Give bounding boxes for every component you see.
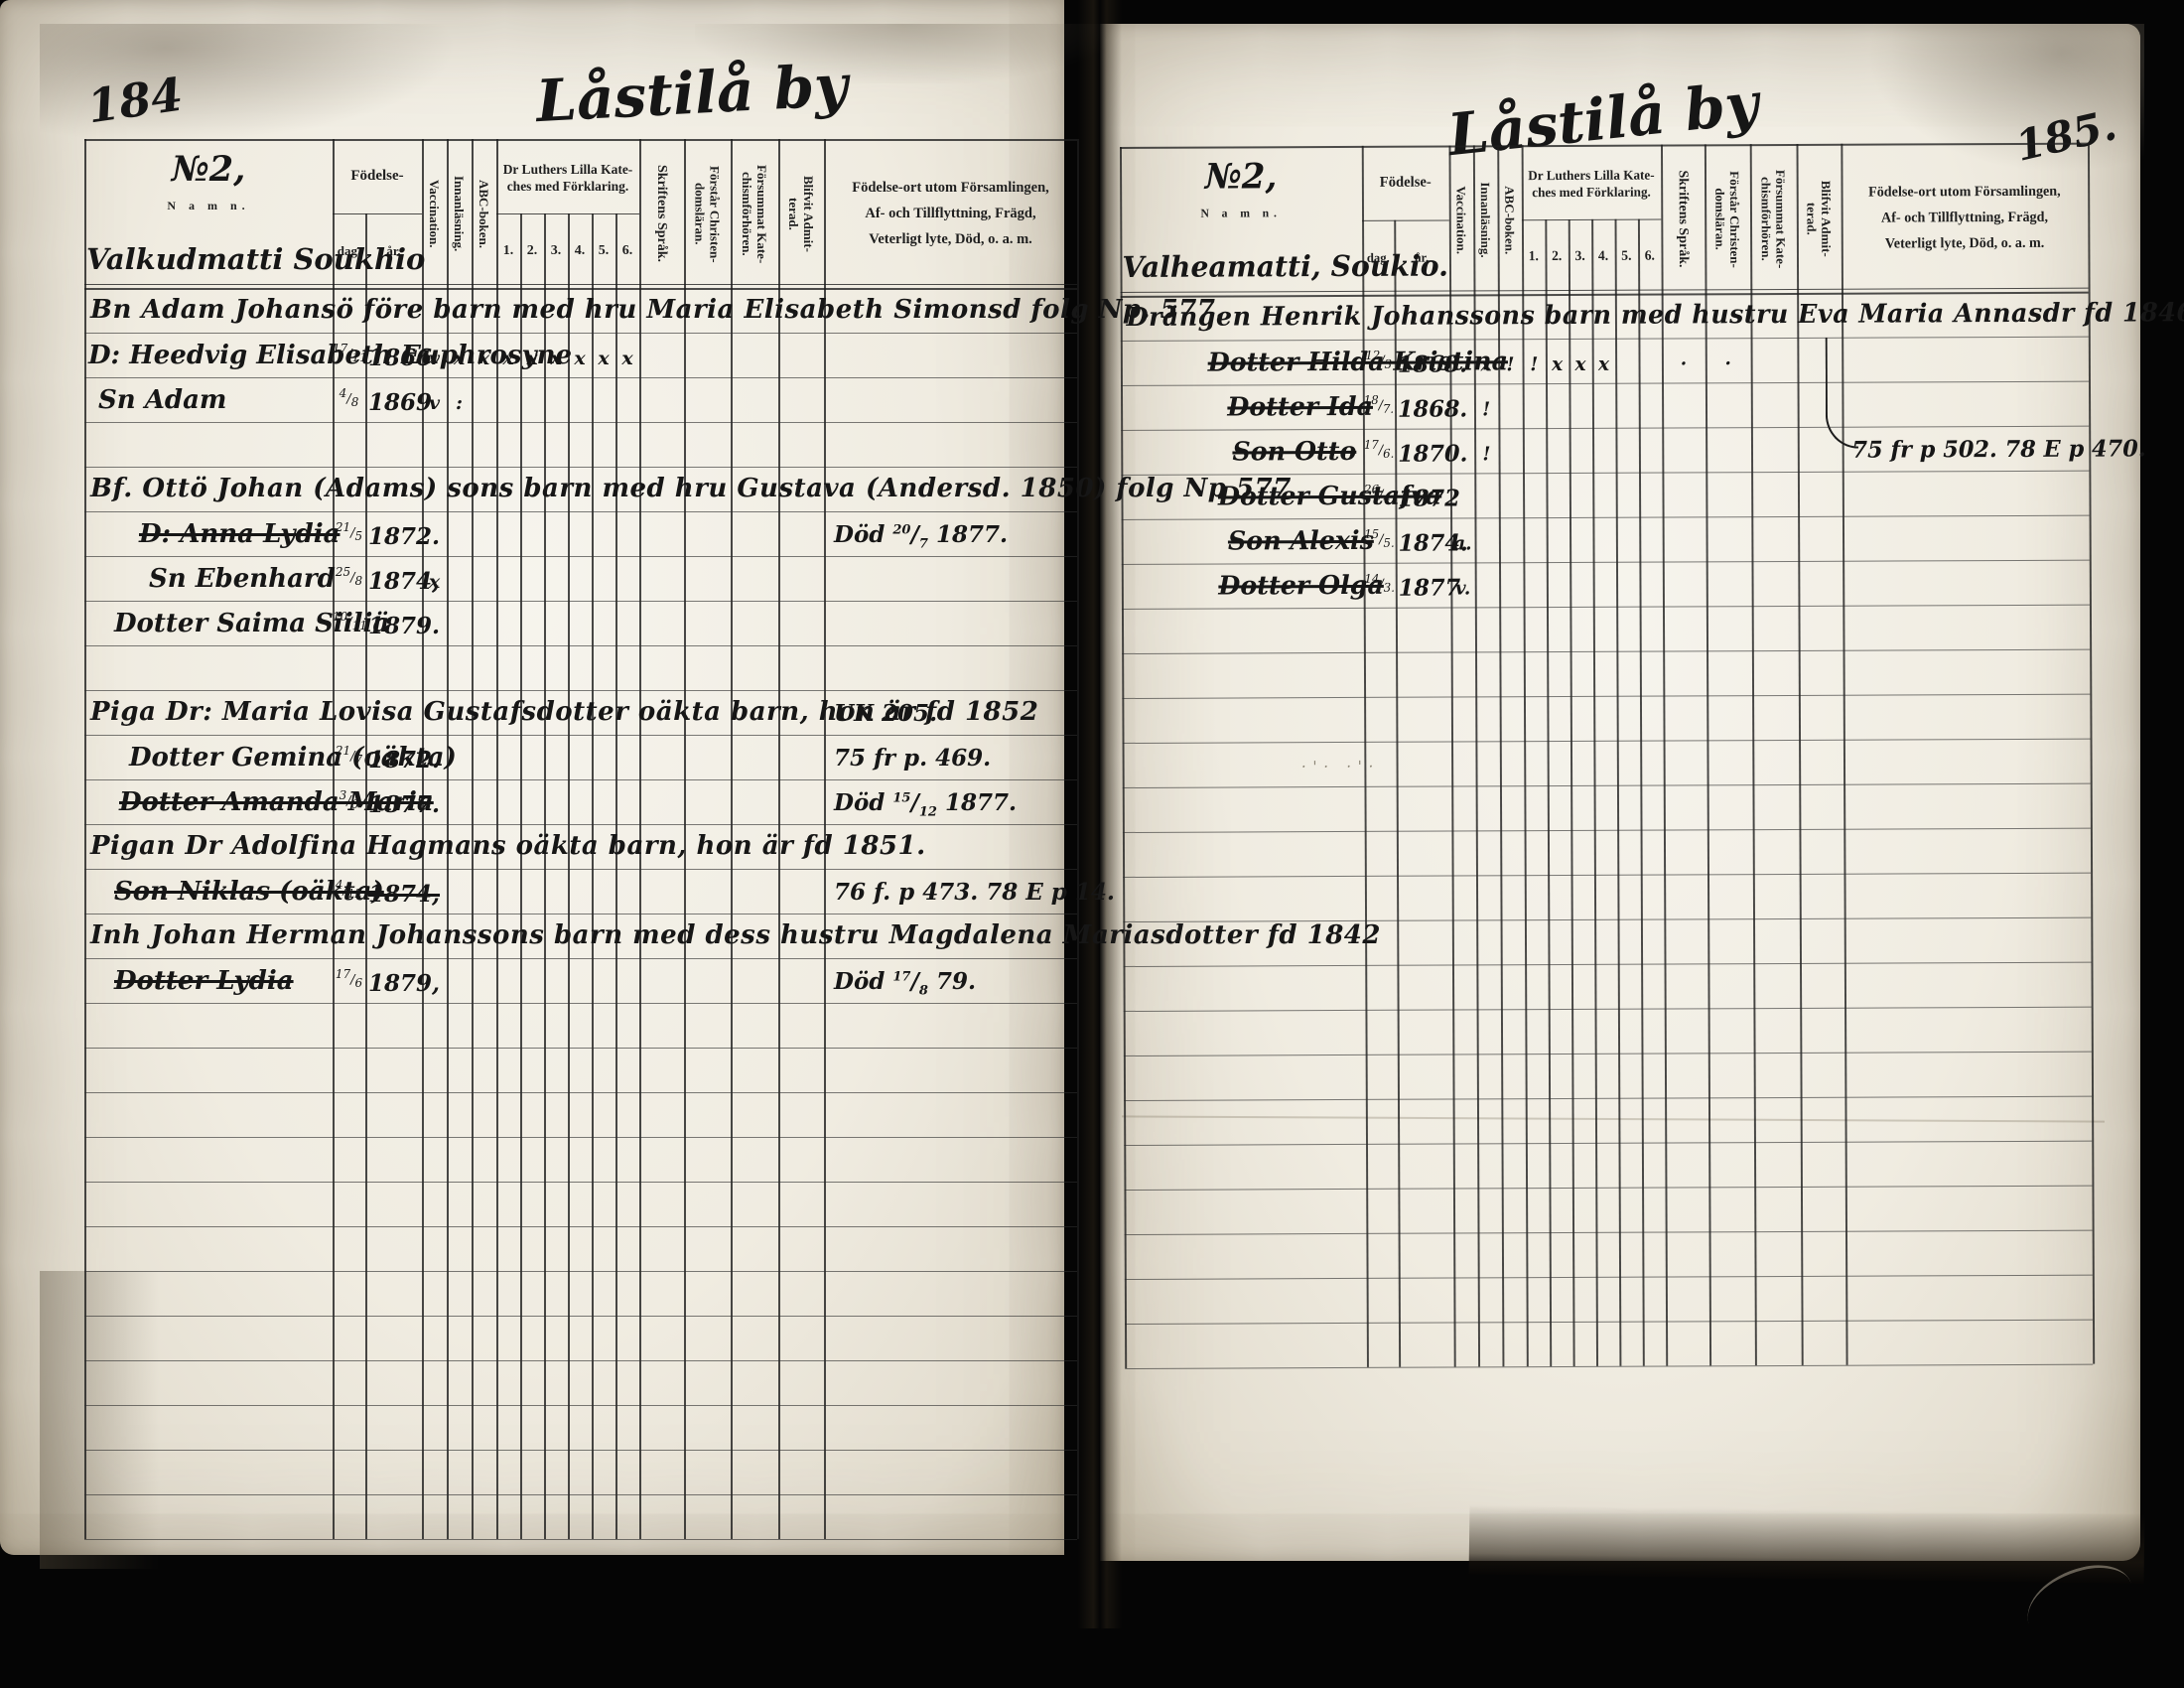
row-line: [84, 511, 1077, 512]
birth-day: 25/8: [333, 565, 365, 588]
row-line: [84, 645, 1077, 646]
table-line: [84, 139, 1077, 141]
row-line: [84, 1271, 1077, 1272]
catechism-column-header: Dr Luthers Lilla Kate- ches med Förklari…: [1522, 153, 1662, 215]
row-line: [84, 824, 1077, 825]
row-line: [84, 690, 1077, 691]
column-line: [520, 213, 522, 1539]
abc-book-column-header: ABC-boken.: [1497, 148, 1522, 292]
birth-year: 1874,: [368, 881, 440, 908]
person-name: Dotter Ida: [1227, 392, 1373, 423]
table-line: [84, 288, 1077, 290]
household-number-label: №2,: [1120, 156, 1362, 198]
birth-year: 1872.: [368, 523, 440, 550]
column-line: [544, 213, 546, 1539]
family-entry: Drängen Henrik Johanssons barn med hustr…: [1127, 298, 2184, 333]
margin-note: 75 fr p. 469.: [834, 745, 991, 772]
birth-year: 1868.: [1398, 395, 1467, 422]
catechism-column-header: Dr Luthers Lilla Kate- ches med Förklari…: [496, 147, 639, 209]
row-line: [84, 869, 1077, 870]
row-line: [1124, 1007, 2092, 1013]
record-mark: x: [447, 348, 472, 369]
catechism-subcolumn-5: 5.: [592, 213, 615, 288]
birth-day: 17/11: [333, 342, 365, 364]
record-mark: !: [1474, 443, 1498, 465]
birth-day: 26/4.: [1363, 483, 1395, 505]
family-entry: Bf. Ottö Johan (Adams) sons barn med hru…: [90, 474, 1292, 503]
row-line: [84, 556, 1077, 557]
row-line: [84, 467, 1077, 468]
row-line: [1123, 783, 2091, 789]
row-line: [84, 1182, 1077, 1183]
record-mark: v.: [1450, 577, 1474, 599]
right-page-table: №2, N a m n. Valheamatti, Soukio. Födels…: [1120, 143, 2093, 1368]
birth-day: 21/7: [333, 744, 365, 767]
birth-year: 1870.: [1398, 440, 1467, 467]
person-name: Son Alexis: [1228, 526, 1374, 557]
catechism-subcolumn-1: 1.: [1522, 219, 1546, 294]
column-line: [1638, 219, 1644, 1366]
person-name: Son Otto: [1232, 437, 1356, 468]
row-line: [84, 1003, 1077, 1004]
row-line: [1123, 873, 2091, 879]
person-name: Dotter Lydia: [114, 966, 294, 996]
record-mark: :: [447, 392, 472, 414]
person-name: Dotter Olga: [1218, 571, 1384, 602]
row-line: [1124, 1141, 2092, 1147]
column-line: [1394, 220, 1400, 1367]
row-line: [1123, 739, 2091, 745]
column-line: [84, 139, 86, 1539]
name-label: N a m n.: [84, 199, 333, 213]
row-line: [1124, 1052, 2092, 1057]
row-line: [84, 1137, 1077, 1138]
birth-day: 10/11: [333, 610, 365, 633]
row-line: [84, 779, 1077, 780]
row-line: [84, 1092, 1077, 1093]
row-line: [1124, 1186, 2092, 1192]
understands-doctrine-column-header: Förstår Christen- domsläran.: [1705, 147, 1750, 291]
row-line: [84, 1450, 1077, 1451]
row-line: [84, 1405, 1077, 1406]
birth-day: 18/7.: [1363, 393, 1395, 416]
row-line: [84, 333, 1077, 334]
catechism-subcolumn-2: 2.: [520, 213, 544, 288]
record-mark: x: [1569, 353, 1591, 375]
name-column-header: №2, N a m n. Valkudmatti Soukhio: [84, 139, 333, 288]
stray-pencil-marks: ·'· ·'·: [1301, 758, 1380, 775]
catechism-subcolumn-3: 3.: [544, 213, 568, 288]
record-mark: x: [1474, 353, 1498, 375]
margin-note: UK 205.: [834, 700, 937, 727]
birth-year: 1872.: [368, 747, 440, 774]
record-mark: x: [520, 348, 544, 369]
row-line: [84, 1316, 1077, 1317]
birth-column-header: Födelse-: [1362, 146, 1449, 220]
birth-day: 12/3: [1363, 349, 1395, 371]
margin-note: Död 15/12 1877.: [834, 789, 1017, 820]
row-line: [84, 735, 1077, 736]
table-line: [84, 284, 1077, 285]
record-mark: x: [1592, 353, 1615, 375]
farm-name: Valheamatti, Soukio.: [1122, 249, 1448, 284]
record-mark: v: [422, 348, 447, 369]
birth-year: 1872: [1398, 485, 1460, 511]
margin-note: Död 17/8 79.: [834, 968, 976, 999]
row-line: [1122, 515, 2090, 521]
margin-note: 76 f. p 473. 78 E p 14.: [834, 879, 1115, 906]
abc-book-column-header: ABC-boken.: [472, 142, 496, 286]
row-line: [84, 377, 1077, 378]
reading-column-header: Innanläsning.: [1473, 148, 1498, 292]
birth-day: 17/6.: [1363, 438, 1395, 461]
left-page-table: №2, N a m n. Valkudmatti Soukhio Födelse…: [84, 139, 1077, 1539]
notes-column-header: Födelse-ort utom Församlingen, Af- och T…: [824, 139, 1077, 288]
catechism-subcolumn-6: 6.: [1638, 219, 1662, 294]
person-name: Sn Adam: [98, 385, 226, 415]
book-spine: [1078, 0, 1122, 1628]
row-line: [84, 1360, 1077, 1361]
row-line: [1122, 560, 2090, 566]
row-line: [1123, 828, 2091, 834]
reading-column-header: Innanläsning.: [447, 142, 472, 286]
column-line: [1077, 139, 1079, 1539]
column-line: [1591, 219, 1597, 1366]
column-line: [1545, 219, 1551, 1366]
row-line: [1122, 605, 2090, 611]
row-line: [84, 1226, 1077, 1227]
birth-day: 4/12: [333, 878, 365, 901]
margin-note: Död 20/7 1877.: [834, 521, 1008, 552]
catechism-subcolumn-4: 4.: [568, 213, 592, 288]
record-mark: !: [1474, 398, 1498, 420]
record-mark: x: [1546, 353, 1569, 375]
table-line: [496, 213, 639, 214]
birth-column-header: Födelse-: [333, 139, 422, 213]
catechism-subcolumn-5: 5.: [1615, 219, 1639, 294]
birth-year: 1879.: [368, 613, 440, 639]
row-line: [84, 422, 1077, 423]
understands-doctrine-column-header: Förstår Christen- domsläran.: [684, 142, 731, 286]
record-mark: a.: [1450, 532, 1474, 554]
vaccination-column-header: Vaccination.: [422, 142, 447, 286]
row-line: [1121, 337, 2089, 343]
row-line: [1125, 1230, 2093, 1236]
record-mark: ·: [1662, 352, 1706, 374]
person-name: Sn Ebenhard: [149, 564, 336, 594]
birth-day: 21/5: [333, 520, 365, 543]
birth-day: 14/3.: [1364, 572, 1396, 595]
birth-year: 1879,: [368, 970, 440, 997]
record-mark: x: [592, 348, 615, 369]
row-line: [84, 1539, 1077, 1540]
admitted-column-header: Blifvit Admit- terad.: [1797, 147, 1842, 291]
row-line: [1125, 1320, 2093, 1326]
row-line: [84, 1048, 1077, 1049]
missed-catechism-column-header: Försummat Kate- chismförhören.: [731, 142, 778, 286]
page-curl-shadow: [1469, 1504, 2145, 1583]
record-mark: !: [1523, 353, 1546, 375]
note-connector-line: [1826, 338, 1859, 449]
row-line: [1122, 694, 2090, 700]
record-mark: x: [544, 348, 568, 369]
family-entry: Bn Adam Johansö före barn med hru Maria …: [90, 295, 1225, 325]
birth-year: 1877.: [368, 791, 440, 818]
column-line: [592, 213, 594, 1539]
birth-day: 3/6: [333, 788, 365, 811]
record-mark: x: [615, 348, 639, 369]
birth-day: 15/5.: [1363, 527, 1395, 550]
row-line: [84, 1494, 1077, 1495]
row-line: [1121, 426, 2089, 432]
row-line: [84, 958, 1077, 959]
scanned-register-spread: 184 Låstilå by 185. Låstilå by №2, N a m…: [0, 0, 2184, 1688]
family-entry: Pigan Dr Adolfina Hagmans oäkta barn, ho…: [90, 831, 926, 861]
catechism-subcolumn-1: 1.: [496, 213, 520, 288]
vaccination-column-header: Vaccination.: [1449, 148, 1474, 292]
family-entry: Inh Johan Herman Johanssons barn med des…: [90, 920, 1381, 950]
scripture-language-column-header: Skriftens Språk.: [639, 142, 684, 286]
catechism-subcolumn-3: 3.: [1569, 219, 1592, 294]
row-line: [1125, 1275, 2093, 1281]
name-label: N a m n.: [1120, 206, 1362, 221]
missed-catechism-column-header: Försummat Kate- chismförhören.: [1750, 147, 1797, 291]
birth-year: 1868.: [1398, 351, 1467, 377]
row-line: [84, 601, 1077, 602]
column-line: [615, 213, 617, 1539]
catechism-subcolumn-6: 6.: [615, 213, 639, 288]
farm-name: Valkudmatti Soukhio: [86, 242, 425, 276]
column-line: [568, 213, 570, 1539]
record-mark: !: [1498, 353, 1522, 375]
birth-day: 4/8: [333, 386, 365, 409]
scripture-language-column-header: Skriftens Språk.: [1661, 147, 1705, 291]
birth-day: 17/6: [333, 967, 365, 990]
row-line: [1122, 649, 2090, 655]
row-line: [1121, 381, 2089, 387]
column-line: [1615, 219, 1621, 1366]
row-line: [1124, 1096, 2092, 1102]
admitted-column-header: Blifvit Admit- terad.: [778, 142, 824, 286]
catechism-subcolumn-4: 4.: [1591, 219, 1615, 294]
record-mark: v: [422, 392, 447, 414]
catechism-subcolumn-2: 2.: [1545, 219, 1569, 294]
name-column-header: №2, N a m n. Valheamatti, Soukio.: [1120, 146, 1362, 296]
notes-column-header: Födelse-ort utom Församlingen, Af- och T…: [1841, 143, 2088, 293]
row-line: [1124, 962, 2092, 968]
record-mark: x: [422, 571, 447, 593]
record-mark: ·: [1706, 352, 1751, 374]
table-line: [333, 213, 422, 214]
row-line: [84, 914, 1077, 914]
record-mark: x: [568, 348, 592, 369]
column-line: [1569, 219, 1574, 1366]
person-name: D: Anna Lydia: [139, 519, 340, 549]
record-mark: x: [472, 348, 496, 369]
record-mark: x: [496, 348, 520, 369]
margin-note: 75 fr p 502. 78 E p 470.: [1851, 435, 2145, 463]
household-number-label: №2,: [84, 149, 333, 190]
